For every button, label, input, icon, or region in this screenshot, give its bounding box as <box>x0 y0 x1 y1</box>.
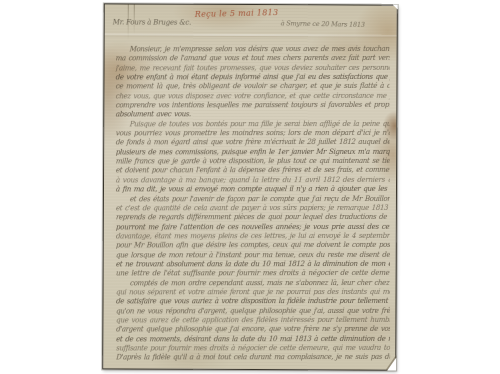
handwriting-line: j'aime, me recevant fait toutes promesse… <box>116 64 390 74</box>
handwriting-line: de satisfaire que vous auriez à votre di… <box>116 297 390 307</box>
handwriting-line: ma commission de l'amand que vous et tou… <box>116 54 390 64</box>
handwriting-line: absolument avec vous. <box>116 110 390 120</box>
handwriting-line: d'argent quelque philosophie que j'ai en… <box>116 325 390 335</box>
handwriting-line: une lettre de l'état suffisante pour fou… <box>116 269 390 279</box>
handwriting-line: de fonds à mon égard ainsi que votre frè… <box>116 138 390 148</box>
handwriting-line: à fin ma dit, je vous ai envoyé mon comp… <box>116 185 391 195</box>
handwriting-line: chez vous, que vous disposez avec votre … <box>116 92 390 102</box>
letter-photo: Reçu le 5 mai 1813 Mr. Fours à Bruges &c… <box>0 0 500 374</box>
corner-fold-top-right <box>393 5 398 10</box>
handwriting-line: ce moment là que, très obligeant de voul… <box>116 82 390 92</box>
handwriting-line: et doivent pour chacun l'enfant à la dép… <box>116 166 391 176</box>
letter-paper: Reçu le 5 mai 1813 Mr. Fours à Bruges &c… <box>102 3 398 370</box>
letter-body: Monsieur, je m'empresse selon vos désirs… <box>116 45 391 365</box>
handwriting-line: reprends de regards différemment pièces … <box>116 213 391 223</box>
handwriting-line: pour Mr Bouillon afin que désire les com… <box>116 241 391 251</box>
handwriting-line: comptés de mon ordre cependant aussi, ma… <box>116 279 390 289</box>
handwriting-line: D'après la fidèle qu'il a à moi tout cel… <box>116 353 390 363</box>
handwriting-line: et de ces moments, désirant dans la date… <box>116 335 390 345</box>
corner-fold-bottom-right <box>387 358 396 371</box>
addressee-line: Mr. Fours à Bruges &c. <box>113 18 233 28</box>
handwriting-line: pourront me faire l'attention de ces nou… <box>116 222 391 232</box>
place-date-line: à Smyrne ce 20 Mars 1813 <box>281 19 393 30</box>
handwriting-line: et des états pour l'avenir de façon par … <box>116 194 391 204</box>
handwriting-line: qu'on ne vous répondra d'argent, quelque… <box>116 307 390 317</box>
handwriting-line: que lorsque de mon retour à l'instant po… <box>116 250 391 260</box>
fold-crease-horizontal <box>105 33 397 36</box>
